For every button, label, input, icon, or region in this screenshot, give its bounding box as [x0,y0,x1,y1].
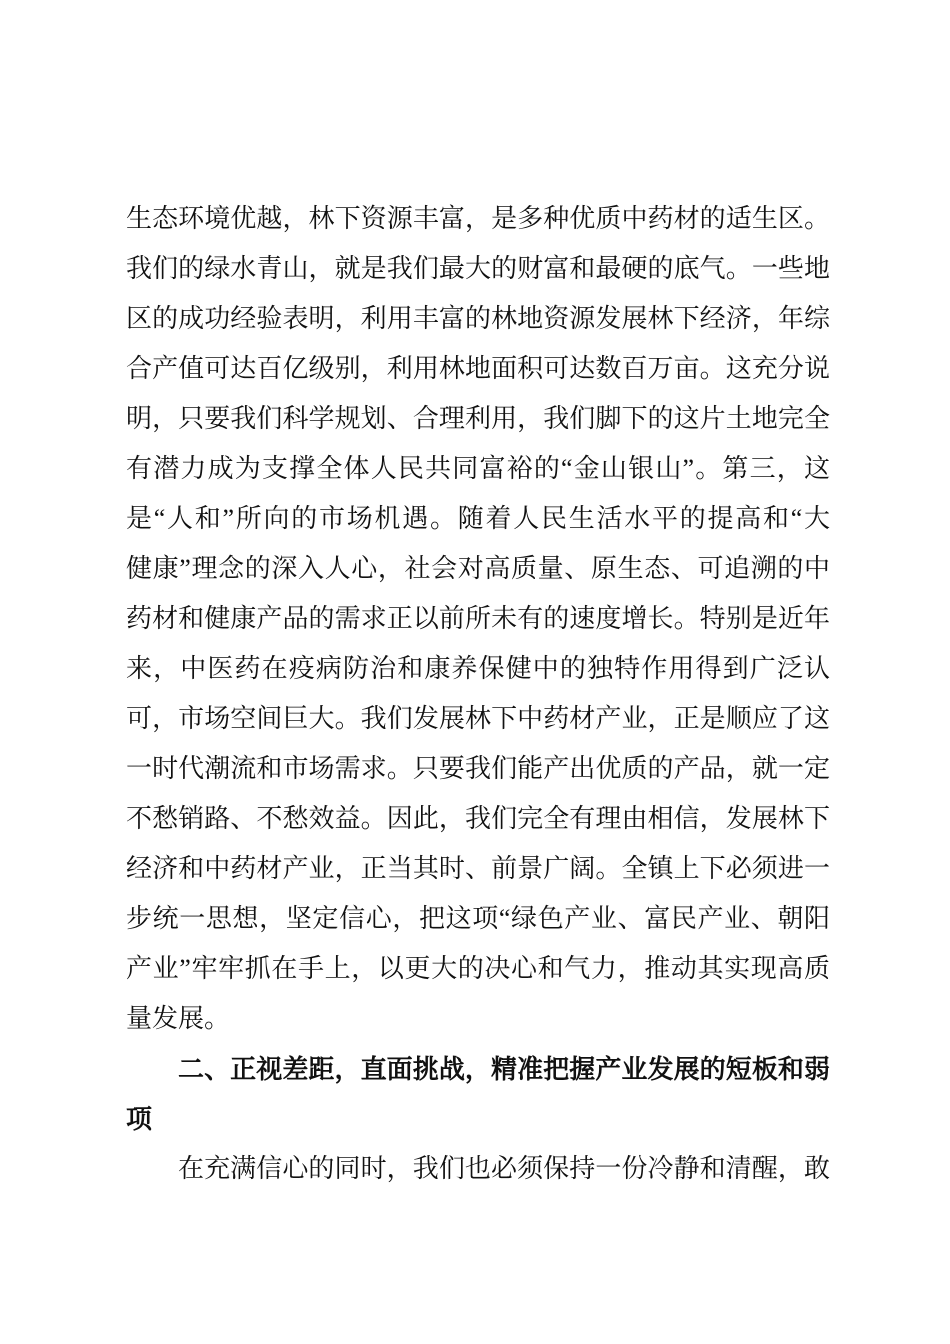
body-text-line-paragraph-end: 量发展。 [126,994,830,1044]
body-text-line: 一时代潮流和市场需求。只要我们能产出优质的产品，就一定 [126,744,830,794]
body-text-line: 是“人和”所向的市场机遇。随着人民生活水平的提高和“大 [126,494,830,544]
section-heading-line-end: 项 [126,1094,830,1144]
body-text-line: 经济和中药材产业，正当其时、前景广阔。全镇上下必须进一 [126,844,830,894]
document-body: 生态环境优越，林下资源丰富，是多种优质中药材的适生区。 我们的绿水青山，就是我们… [126,194,830,1194]
body-text-line: 不愁销路、不愁效益。因此，我们完全有理由相信，发展林下 [126,794,830,844]
body-text-line: 产业”牢牢抓在手上，以更大的决心和气力，推动其实现高质 [126,944,830,994]
body-text-line: 步统一思想，坚定信心，把这项“绿色产业、富民产业、朝阳 [126,894,830,944]
body-text-line: 药材和健康产品的需求正以前所未有的速度增长。特别是近年 [126,594,830,644]
body-text-line: 区的成功经验表明，利用丰富的林地资源发展林下经济，年综 [126,294,830,344]
body-text-line: 有潜力成为支撑全体人民共同富裕的“金山银山”。第三，这 [126,444,830,494]
body-text-line: 生态环境优越，林下资源丰富，是多种优质中药材的适生区。 [126,194,830,244]
body-text-line: 合产值可达百亿级别，利用林地面积可达数百万亩。这充分说 [126,344,830,394]
body-text-line: 明，只要我们科学规划、合理利用，我们脚下的这片土地完全 [126,394,830,444]
body-text-line: 我们的绿水青山，就是我们最大的财富和最硬的底气。一些地 [126,244,830,294]
body-text-line: 来，中医药在疫病防治和康养保健中的独特作用得到广泛认 [126,644,830,694]
body-text-line: 健康”理念的深入人心，社会对高质量、原生态、可追溯的中 [126,544,830,594]
body-text-line: 可，市场空间巨大。我们发展林下中药材产业，正是顺应了这 [126,694,830,744]
document-page: 生态环境优越，林下资源丰富，是多种优质中药材的适生区。 我们的绿水青山，就是我们… [0,0,950,1344]
section-heading-line: 二、正视差距，直面挑战，精准把握产业发展的短板和弱 [126,1044,830,1094]
body-text-line-paragraph-start: 在充满信心的同时，我们也必须保持一份冷静和清醒，敢 [126,1144,830,1194]
